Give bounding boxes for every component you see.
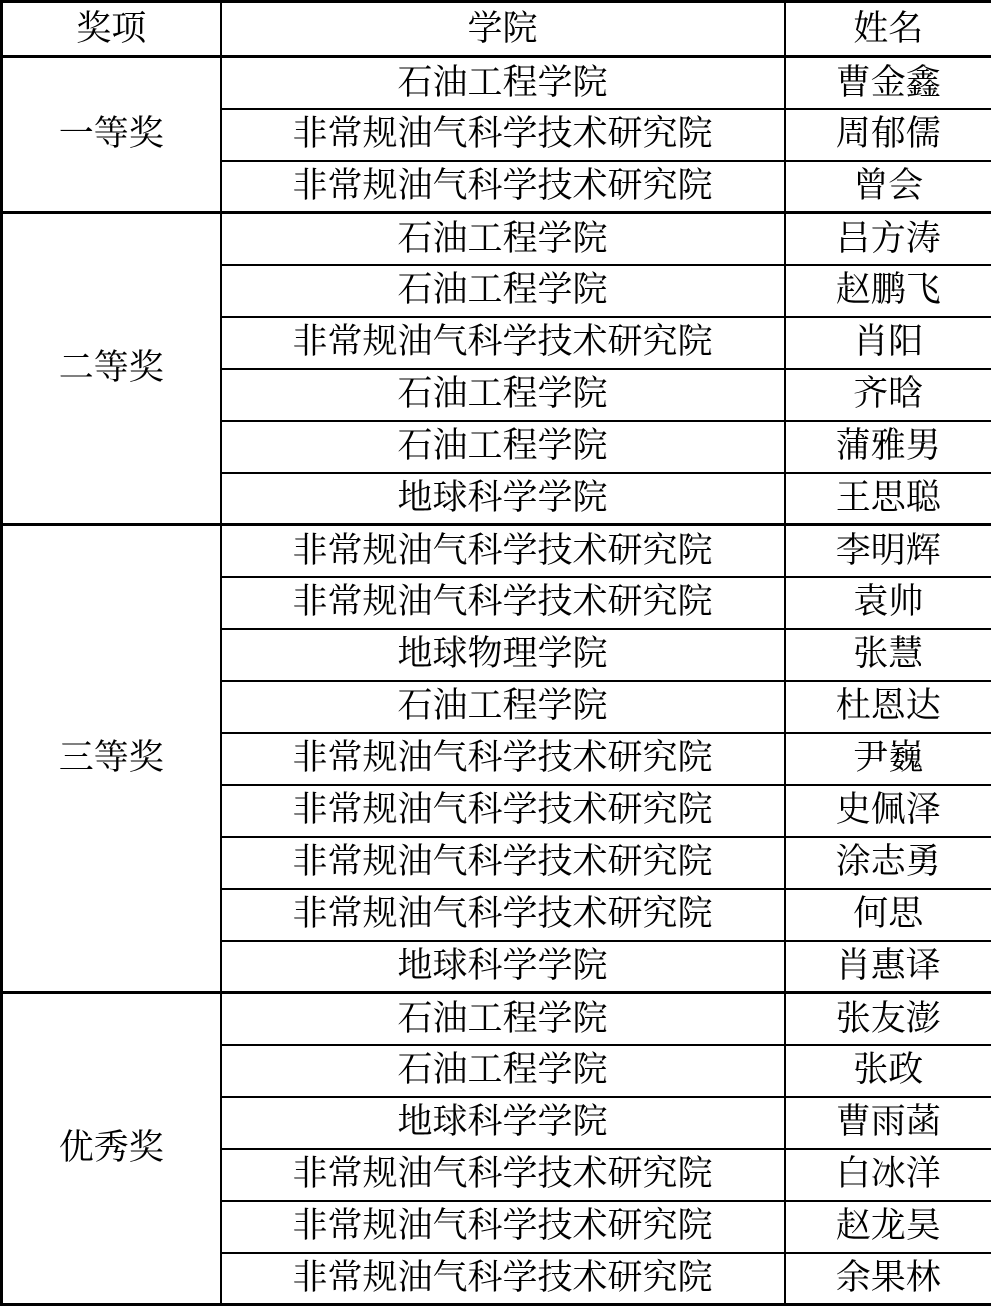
name-cell: 赵鹏飞	[785, 265, 991, 317]
award-cell: 三等奖	[2, 525, 221, 993]
college-cell: 非常规油气科学技术研究院	[221, 837, 785, 889]
award-cell: 一等奖	[2, 57, 221, 213]
table-row: 一等奖 石油工程学院 曹金鑫	[2, 57, 991, 109]
name-cell: 何思	[785, 889, 991, 941]
name-cell: 杜恩达	[785, 681, 991, 733]
college-cell: 石油工程学院	[221, 213, 785, 265]
name-cell: 赵龙昊	[785, 1201, 991, 1253]
college-cell: 石油工程学院	[221, 265, 785, 317]
college-cell: 非常规油气科学技术研究院	[221, 733, 785, 785]
table-row: 二等奖 石油工程学院 吕方涛	[2, 213, 991, 265]
document-page: 奖项 学院 姓名 一等奖 石油工程学院 曹金鑫 非常规油气科学技术研究院 周郁儒…	[0, 0, 991, 1304]
name-cell: 袁帅	[785, 577, 991, 629]
name-cell: 曹金鑫	[785, 57, 991, 109]
name-cell: 吕方涛	[785, 213, 991, 265]
college-cell: 非常规油气科学技术研究院	[221, 889, 785, 941]
header-row: 奖项 学院 姓名	[2, 2, 991, 57]
name-cell: 蒲雅男	[785, 421, 991, 473]
college-cell: 石油工程学院	[221, 369, 785, 421]
college-cell: 非常规油气科学技术研究院	[221, 161, 785, 213]
college-cell: 非常规油气科学技术研究院	[221, 1149, 785, 1201]
name-cell: 张政	[785, 1045, 991, 1097]
college-cell: 非常规油气科学技术研究院	[221, 109, 785, 161]
table-row: 三等奖 非常规油气科学技术研究院 李明辉	[2, 525, 991, 577]
college-cell: 石油工程学院	[221, 681, 785, 733]
name-cell: 周郁儒	[785, 109, 991, 161]
award-cell: 优秀奖	[2, 993, 221, 1305]
name-cell: 曹雨菡	[785, 1097, 991, 1149]
college-cell: 非常规油气科学技术研究院	[221, 785, 785, 837]
name-cell: 王思聪	[785, 473, 991, 525]
college-cell: 非常规油气科学技术研究院	[221, 317, 785, 369]
name-cell: 齐晗	[785, 369, 991, 421]
header-name: 姓名	[785, 2, 991, 57]
award-table: 奖项 学院 姓名 一等奖 石油工程学院 曹金鑫 非常规油气科学技术研究院 周郁儒…	[0, 0, 991, 1306]
college-cell: 地球科学学院	[221, 1097, 785, 1149]
college-cell: 地球科学学院	[221, 941, 785, 993]
college-cell: 地球科学学院	[221, 473, 785, 525]
name-cell: 余果林	[785, 1253, 991, 1305]
table-row: 优秀奖 石油工程学院 张友澎	[2, 993, 991, 1045]
name-cell: 白冰洋	[785, 1149, 991, 1201]
college-cell: 非常规油气科学技术研究院	[221, 577, 785, 629]
name-cell: 张慧	[785, 629, 991, 681]
college-cell: 非常规油气科学技术研究院	[221, 1253, 785, 1305]
college-cell: 石油工程学院	[221, 1045, 785, 1097]
college-cell: 非常规油气科学技术研究院	[221, 1201, 785, 1253]
name-cell: 肖惠译	[785, 941, 991, 993]
college-cell: 石油工程学院	[221, 57, 785, 109]
name-cell: 肖阳	[785, 317, 991, 369]
award-cell: 二等奖	[2, 213, 221, 525]
college-cell: 石油工程学院	[221, 993, 785, 1045]
name-cell: 涂志勇	[785, 837, 991, 889]
name-cell: 史佩泽	[785, 785, 991, 837]
name-cell: 尹巍	[785, 733, 991, 785]
college-cell: 石油工程学院	[221, 421, 785, 473]
college-cell: 地球物理学院	[221, 629, 785, 681]
name-cell: 曾会	[785, 161, 991, 213]
header-college: 学院	[221, 2, 785, 57]
header-award: 奖项	[2, 2, 221, 57]
name-cell: 李明辉	[785, 525, 991, 577]
college-cell: 非常规油气科学技术研究院	[221, 525, 785, 577]
name-cell: 张友澎	[785, 993, 991, 1045]
